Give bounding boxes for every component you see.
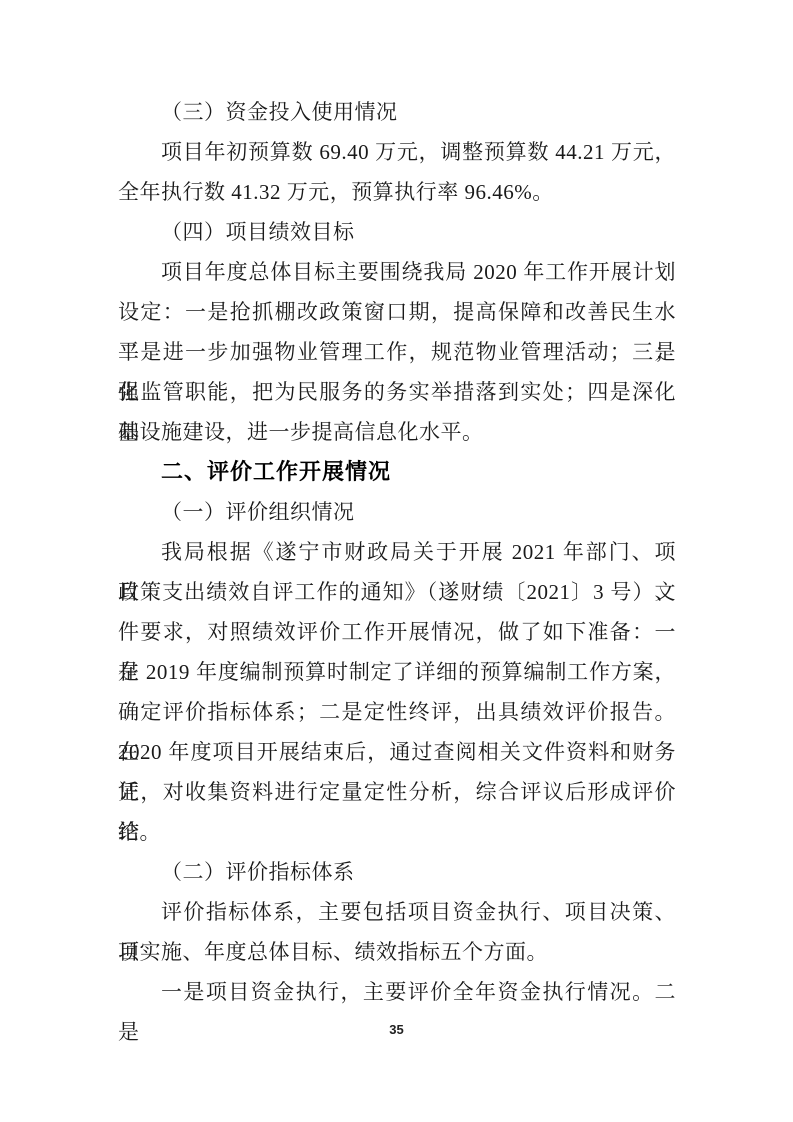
heading-chapter-2: 二、评价工作开展情况 [118, 452, 676, 492]
paragraph-goal-line: 项目年度总体目标主要围绕我局 2020 年工作开展计划 [118, 252, 676, 292]
document-body: （三）资金投入使用情况 项目年初预算数 69.40 万元，调整预算数 44.21… [118, 92, 676, 1012]
paragraph-index-system-line: 目实施、年度总体目标、绩效指标五个方面。 [118, 932, 676, 972]
paragraph-index-system-line: 评价指标体系，主要包括项目资金执行、项目决策、项 [118, 892, 676, 932]
paragraph-organization-line: 我局根据《遂宁市财政局关于开展 2021 年部门、项目、 [118, 532, 676, 572]
heading-section-goal: （四）项目绩效目标 [118, 212, 676, 252]
page-number: 35 [0, 1022, 793, 1037]
heading-section-funding: （三）资金投入使用情况 [118, 92, 676, 132]
paragraph-organization-line: 件要求，对照绩效评价工作开展情况，做了如下准备：一是 [118, 612, 676, 652]
paragraph-organization-line: 政策支出绩效自评工作的通知》（遂财绩〔2021〕3 号）文 [118, 572, 676, 612]
paragraph-goal-line: 设定：一是抢抓棚改政策窗口期，提高保障和改善民生水平； [118, 292, 676, 332]
document-page: （三）资金投入使用情况 项目年初预算数 69.40 万元，调整预算数 44.21… [0, 0, 793, 1122]
paragraph-goal-line: 二是进一步加强物业管理工作，规范物业管理活动；三是强 [118, 332, 676, 372]
heading-subsection-1: （一）评价组织情况 [118, 492, 676, 532]
heading-subsection-2: （二）评价指标体系 [118, 852, 676, 892]
paragraph-fund-execution-line: 一是项目资金执行，主要评价全年资金执行情况。二是 [118, 972, 676, 1012]
paragraph-goal-line: 化监管职能，把为民服务的务实举措落到实处；四是深化基 [118, 372, 676, 412]
paragraph-organization-line: 论。 [118, 812, 676, 852]
paragraph-organization-line: 2020 年度项目开展结束后，通过查阅相关文件资料和财务凭 [118, 732, 676, 772]
paragraph-organization-line: 在 2019 年度编制预算时制定了详细的预算编制工作方案， [118, 652, 676, 692]
paragraph-organization-line: 确定评价指标体系；二是定性终评，出具绩效评价报告。在 [118, 692, 676, 732]
paragraph-funding-line: 项目年初预算数 69.40 万元，调整预算数 44.21 万元， [118, 132, 676, 172]
paragraph-funding-line: 全年执行数 41.32 万元，预算执行率 96.46%。 [118, 172, 676, 212]
paragraph-organization-line: 证，对收集资料进行定量定性分析，综合评议后形成评价结 [118, 772, 676, 812]
paragraph-goal-line: 础设施建设，进一步提高信息化水平。 [118, 412, 676, 452]
